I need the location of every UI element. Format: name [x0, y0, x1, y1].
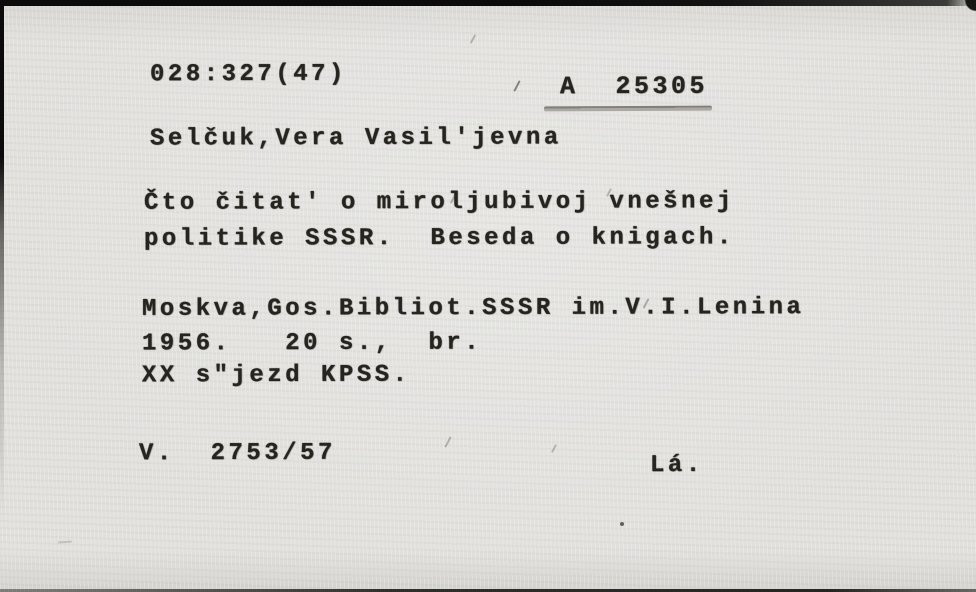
ink-speck	[513, 80, 520, 92]
ink-speck	[470, 34, 476, 44]
shelf-mark-underline	[544, 106, 712, 112]
catalog-card-scan: 028:327(47) A 25305 Selčuk,Vera Vasil'je…	[0, 0, 976, 592]
scan-edge-left	[0, 0, 4, 520]
imprint-line-2: 1956. 20 s., br.	[142, 330, 482, 358]
imprint-line-3: XX s"jezd KPSS.	[142, 362, 411, 390]
author-heading: Selčuk,Vera Vasil'jevna	[150, 124, 562, 153]
cataloguer-initials: Lá.	[650, 452, 704, 480]
inventory-number: V. 2753/57	[139, 440, 336, 468]
classification-number: 028:327(47)	[150, 61, 347, 89]
title-line-1: Čto čitat' o miroljubivoj vnešnej	[144, 188, 735, 217]
ink-dot	[620, 522, 624, 526]
title-line-2: politike SSSR. Beseda o knigach.	[144, 224, 735, 253]
scan-corner-top-right	[962, 0, 976, 12]
ink-speck	[444, 436, 451, 448]
scan-edge-top	[0, 0, 976, 6]
imprint-line-1: Moskva,Gos.Bibliot.SSSR im.V.I.Lenina	[142, 294, 804, 323]
ink-speck	[551, 444, 557, 453]
shelf-mark: A 25305	[560, 73, 708, 102]
pencil-dash	[58, 541, 72, 544]
